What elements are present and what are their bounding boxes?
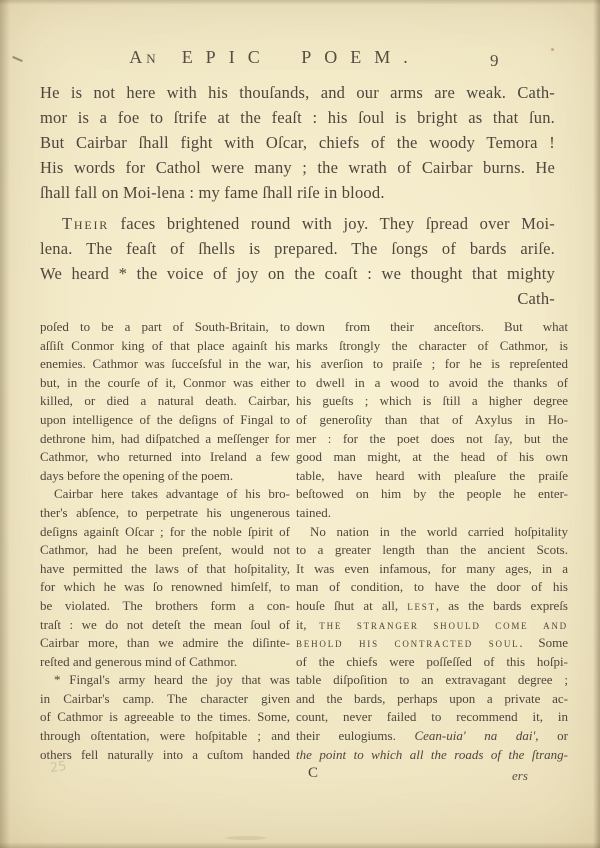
header-word-an: An — [129, 47, 159, 67]
text-line: table, have heard with pleaſure the prai… — [296, 467, 568, 486]
text-line: killed, or died a natural death. Cairbar… — [40, 392, 290, 411]
text-line: tained. — [296, 504, 568, 523]
text-line: good man might, at the head of his own — [296, 448, 568, 467]
text-line: to a greater length than the ancient Sco… — [296, 541, 568, 560]
text-line: * Fingal's army heard the joy that was — [40, 671, 290, 690]
text-line: dethrone him, had diſpatched a meſſenger… — [40, 430, 290, 449]
text-line: Cairbar more, than we admire the diſinte… — [40, 634, 290, 653]
text-line: No nation in the world carried hoſpitali… — [296, 523, 568, 542]
paragraph-2: Their faces brightened round with joy. T… — [40, 211, 555, 311]
text-line: to dwell in a wood to avoid the thanks o… — [296, 374, 568, 393]
text-line: their eulogiums. Cean-uia' na dai', or — [296, 727, 568, 746]
text-line: traſt : we do not deteſt the mean ſoul o… — [40, 616, 290, 635]
text-line: reſted and generous mind of Cathmor. — [40, 653, 290, 672]
text-line: We heard * the voice of joy on the coaſt… — [40, 261, 555, 286]
main-text: He is not here with his thouſands, and o… — [40, 80, 555, 311]
text-line: poſed to be a part of South-Britain, to — [40, 318, 290, 337]
text-line: others fell naturally into a cuſtom hand… — [40, 746, 290, 765]
catchword: ers — [512, 768, 528, 784]
running-header: AnEPIC POEM. — [40, 47, 510, 68]
text-line: for which he was ſo renowned himſelf, to — [40, 578, 290, 597]
scan-edge-top — [0, 0, 600, 5]
text-line: be violated. The brothers form a con- — [40, 597, 290, 616]
text-line: the point to which all the roads of the … — [296, 746, 568, 765]
text-line: mer : for the poet does not ſay, but the — [296, 430, 568, 449]
text-line: of Cathmor is agreeable to the times. So… — [40, 708, 290, 727]
text-line: Cairbar here takes advantage of his bro- — [40, 485, 290, 504]
signature-mark: C — [308, 765, 318, 782]
text-line: of the chiefs were poſſeſſed of this hoſ… — [296, 653, 568, 672]
scan-edge-left — [0, 0, 10, 848]
book-page: AnEPIC POEM. 9 He is not here with his t… — [0, 0, 600, 848]
text-line: houſe ſhut at all, lest, as the bards ex… — [296, 597, 568, 616]
text-line: in Cairbar's camp. The character given — [40, 690, 290, 709]
text-line: But Cairbar ſhall fight with Oſcar, chie… — [40, 130, 555, 155]
header-title: EPIC POEM. — [182, 47, 421, 67]
text-line: his gueſts ; which is ſtill a higher deg… — [296, 392, 568, 411]
footnote-left-column: poſed to be a part of South-Britain, toa… — [40, 318, 290, 764]
text-line: enemies. Cathmor was ſucceſsful in the w… — [40, 355, 290, 374]
text-line: days before the opening of the poem. — [40, 467, 290, 486]
text-line: It was even infamous, for many ages, in … — [296, 560, 568, 579]
text-line: His words for Cathol were many ; the wra… — [40, 155, 555, 180]
text-line: count, never failed to recommend it, in — [296, 708, 568, 727]
text-line: it, the stranger should come and — [296, 616, 568, 635]
page-number: 9 — [490, 51, 499, 71]
paragraph-1: He is not here with his thouſands, and o… — [40, 80, 555, 205]
text-line: his averſion to praiſe ; for he is repre… — [296, 355, 568, 374]
text-line: He is not here with his thouſands, and o… — [40, 80, 555, 105]
ink-dash-mark — [12, 56, 23, 62]
text-line: marks ſtrongly the character of Cathmor,… — [296, 337, 568, 356]
text-line: behold his contracted soul. Some — [296, 634, 568, 653]
text-line: aſſiſt Conmor king of that place againſt… — [40, 337, 290, 356]
text-line: table diſpoſition to an extravagant degr… — [296, 671, 568, 690]
text-line: have permitted the laws of that hoſpital… — [40, 560, 290, 579]
text-line: but, in the courſe of it, Conmor was eit… — [40, 374, 290, 393]
text-line: down from their anceſtors. But what — [296, 318, 568, 337]
text-line: Cath- — [40, 286, 555, 311]
text-line: through oſtentation, were hoſpitable ; a… — [40, 727, 290, 746]
paper-speck — [551, 48, 554, 51]
text-line: upon intelligence of the deſigns of Fing… — [40, 411, 290, 430]
text-line: of generoſity than that of Axylus in Ho- — [296, 411, 568, 430]
text-line: ther's abſence, to perpetrate his ungene… — [40, 504, 290, 523]
text-line: ſhall fall on Moi-lena : my fame ſhall r… — [40, 180, 555, 205]
text-line: Cathmor, who returned into Ireland a few — [40, 448, 290, 467]
pencil-mark: 25 — [49, 759, 67, 776]
text-line: Their faces brightened round with joy. T… — [40, 211, 555, 236]
text-line: and the bards, perhaps upon a private ac… — [296, 690, 568, 709]
text-line: mor is a foe to ſtrife at the feaſt : hi… — [40, 105, 555, 130]
text-line: deſigns againſt Oſcar ; for the noble ſp… — [40, 523, 290, 542]
text-line: Cathmor, had he been preſent, would not — [40, 541, 290, 560]
text-line: man of condition, to have the door of hi… — [296, 578, 568, 597]
scan-edge-bottom — [0, 842, 600, 848]
paper-smudge — [226, 836, 266, 840]
footnote-right-column: down from their anceſtors. But whatmarks… — [296, 318, 568, 764]
text-line: lena. The feaſt of ſhells is prepared. T… — [40, 236, 555, 261]
scan-edge-right — [593, 0, 600, 848]
text-line: beſtowed on him by the people he enter- — [296, 485, 568, 504]
